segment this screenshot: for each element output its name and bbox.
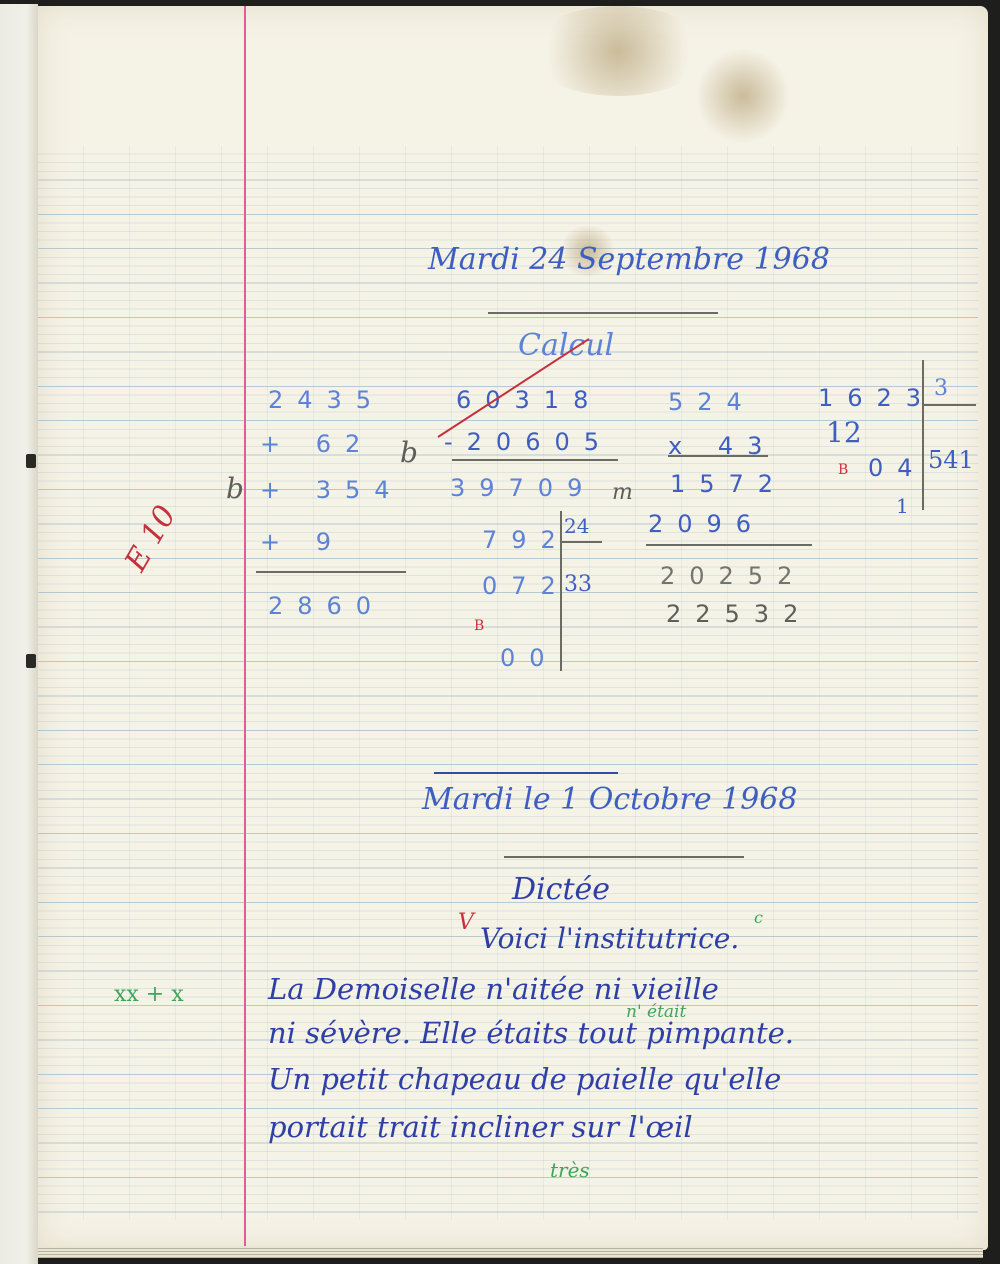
dictation-line: La Demoiselle n'aitée ni vieille — [268, 972, 719, 1006]
dividend: 792 — [482, 526, 570, 554]
divisor: 3 — [934, 376, 948, 401]
divisor-line — [562, 541, 602, 543]
dictation-line: ni sévère. Elle étaits tout pimpante. — [268, 1016, 794, 1050]
dictation-line: Un petit chapeau de paielle qu'elle — [268, 1062, 781, 1096]
sum-line — [646, 544, 812, 546]
margin-line — [244, 6, 246, 1250]
margin-mark: b — [226, 472, 244, 505]
division-bar — [922, 360, 924, 510]
product-line — [668, 455, 768, 457]
notebook-page: Mardi 24 Septembre 1968 Calcul b 2435 + … — [38, 6, 988, 1250]
staple — [26, 654, 36, 668]
quotient: 541 — [928, 446, 974, 474]
addend: + 62 — [260, 430, 374, 458]
margin-mark: b — [400, 436, 418, 469]
margin-mark: m — [612, 480, 633, 505]
correction-capital: V — [458, 910, 474, 935]
addend: 2435 — [268, 386, 385, 414]
stain — [698, 46, 788, 146]
stain — [528, 6, 708, 96]
heading-underline — [488, 312, 718, 314]
multiplicand: 524 — [668, 388, 756, 416]
seyes-ruling — [38, 146, 978, 1220]
product-result: 22532 — [666, 600, 812, 628]
section-divider — [434, 772, 618, 774]
remainder: 00 — [500, 644, 559, 672]
division-step: 12 — [826, 416, 862, 449]
divisor: 24 — [564, 514, 589, 538]
addend: + 9 — [260, 528, 345, 556]
subject-dictee: Dictée — [512, 872, 610, 907]
division-step: 072 — [482, 572, 570, 600]
difference-line — [452, 459, 618, 461]
error-marks: xx + x — [114, 982, 184, 1007]
previous-page-edge — [0, 4, 38, 1264]
heading-underline — [504, 856, 744, 858]
partial-product: 1572 — [670, 470, 787, 498]
addition-result: 2860 — [268, 592, 385, 620]
divisor-line — [924, 404, 976, 406]
correction-letter: c — [754, 908, 763, 927]
dictation-title: Voici l'institutrice. — [480, 922, 739, 955]
date-heading-2: Mardi le 1 Octobre 1968 — [422, 782, 797, 817]
remainder: 1 — [896, 494, 909, 518]
addend: + 354 — [260, 476, 404, 504]
subject-calcul: Calcul — [518, 328, 614, 363]
page-stack-edge — [38, 1246, 983, 1258]
product-attempt: 20252 — [660, 562, 806, 590]
grade-mark: B — [838, 462, 848, 478]
dividend: 1623 — [818, 384, 935, 412]
division-step: 04 — [868, 454, 927, 482]
dictation-line: portait trait incliner sur l'œil — [268, 1110, 693, 1144]
sum-line — [256, 571, 406, 573]
date-heading-1: Mardi 24 Septembre 1968 — [428, 242, 830, 277]
grade-mark: B — [474, 618, 484, 634]
subtrahend: -20605 — [444, 428, 613, 456]
partial-product: 2096 — [648, 510, 765, 538]
subtraction-result: 39709 — [450, 474, 596, 502]
staple — [26, 454, 36, 468]
quotient: 33 — [564, 572, 592, 597]
correction: très — [550, 1158, 590, 1182]
